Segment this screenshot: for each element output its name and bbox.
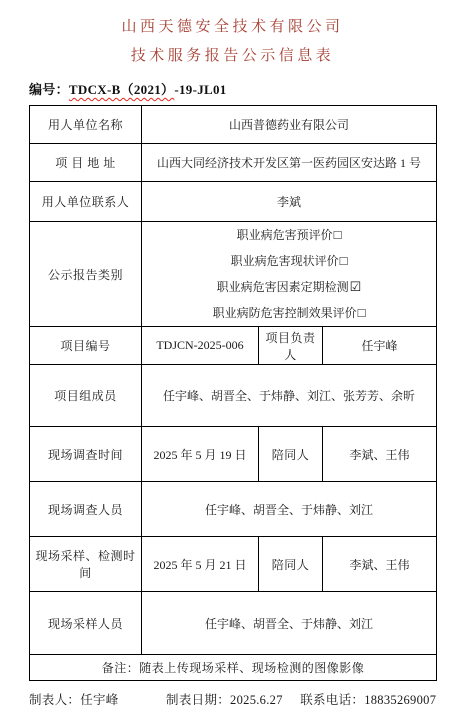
table-row-report-type: 公示报告类别 职业病危害预评价□ 职业病危害现状评价□ 职业病危害因素定期检测☑… bbox=[30, 222, 437, 327]
survey-staff-label: 现场调查人员 bbox=[30, 482, 142, 537]
report-type-option: 职业病防危害控制效果评价□ bbox=[144, 300, 434, 326]
contact-value: 李斌 bbox=[142, 182, 437, 222]
table-row-project: 项目编号 TDJCN-2025-006 项目负责人 任宇峰 bbox=[30, 327, 437, 365]
table-row-survey-time: 现场调查时间 2025 年 5 月 19 日 陪同人 李斌、王伟 bbox=[30, 427, 437, 482]
footer-line: 制表人：任宇峰 制表日期：2025.6.27 联系电话：18835269007 bbox=[29, 690, 465, 708]
report-type-options: 职业病危害预评价□ 职业病危害现状评价□ 职业病危害因素定期检测☑ 职业病防危害… bbox=[142, 222, 437, 327]
report-type-option: 职业病危害因素定期检测☑ bbox=[144, 274, 434, 300]
document-page: 山西天德安全技术有限公司 技术服务报告公示信息表 编号：TDCX-B（2021）… bbox=[0, 0, 465, 712]
doc-number-rest: -19-JL01 bbox=[174, 82, 226, 97]
survey-time-value: 2025 年 5 月 19 日 bbox=[142, 427, 259, 482]
sampling-time-value: 2025 年 5 月 21 日 bbox=[142, 537, 259, 592]
option-label: 职业病危害因素定期检测 bbox=[217, 280, 349, 294]
team-label: 项目组成员 bbox=[30, 365, 142, 427]
preparer-text: 制表人：任宇峰 bbox=[29, 693, 119, 707]
report-type-option: 职业病危害现状评价□ bbox=[144, 248, 434, 274]
survey-escort-value: 李斌、王伟 bbox=[323, 427, 437, 482]
doc-number-marked: TDCX-B（2021） bbox=[69, 82, 174, 97]
team-value: 任宇峰、胡晋全、于炜静、刘江、张芳芳、余昕 bbox=[142, 365, 437, 427]
company-title: 山西天德安全技术有限公司 bbox=[0, 0, 465, 35]
table-row-address: 项 目 地 址 山西大同经济技术开发区第一医药园区安达路 1 号 bbox=[30, 144, 437, 182]
form-title: 技术服务报告公示信息表 bbox=[0, 35, 465, 64]
sampling-time-label: 现场采样、检测时间 bbox=[30, 537, 142, 592]
sampling-escort-label: 陪同人 bbox=[259, 537, 323, 592]
project-number-value: TDJCN-2025-006 bbox=[142, 327, 259, 365]
survey-escort-label: 陪同人 bbox=[259, 427, 323, 482]
project-number-label: 项目编号 bbox=[30, 327, 142, 365]
sampling-staff-label: 现场采样人员 bbox=[30, 592, 142, 655]
info-table: 用人单位名称 山西普德药业有限公司 项 目 地 址 山西大同经济技术开发区第一医… bbox=[29, 105, 437, 681]
contact-label: 用人单位联系人 bbox=[30, 182, 142, 222]
address-label: 项 目 地 址 bbox=[30, 144, 142, 182]
table-row-sampling-time: 现场采样、检测时间 2025 年 5 月 21 日 陪同人 李斌、王伟 bbox=[30, 537, 437, 592]
report-type-option: 职业病危害预评价□ bbox=[144, 222, 434, 248]
sampling-staff-value: 任宇峰、胡晋全、于炜静、刘江 bbox=[142, 592, 437, 655]
doc-number-line: 编号：TDCX-B（2021）-19-JL01 bbox=[29, 79, 465, 98]
employer-value: 山西普德药业有限公司 bbox=[142, 106, 437, 144]
table-row-team: 项目组成员 任宇峰、胡晋全、于炜静、刘江、张芳芳、余昕 bbox=[30, 365, 437, 427]
survey-time-label: 现场调查时间 bbox=[30, 427, 142, 482]
checkbox-checked-icon[interactable]: ☑ bbox=[350, 279, 362, 294]
contact-phone-text: 联系电话：18835269007 bbox=[300, 693, 436, 707]
remark-text: 备注：随表上传现场采样、现场检测的图像影像 bbox=[30, 655, 437, 681]
employer-label: 用人单位名称 bbox=[30, 106, 142, 144]
prepare-date-text: 制表日期：2025.6.27 bbox=[166, 693, 283, 707]
checkbox-unchecked-icon[interactable]: □ bbox=[340, 253, 348, 268]
project-leader-value: 任宇峰 bbox=[323, 327, 437, 365]
survey-staff-value: 任宇峰、胡晋全、于炜静、刘江 bbox=[142, 482, 437, 537]
sampling-escort-value: 李斌、王伟 bbox=[323, 537, 437, 592]
table-row-employer: 用人单位名称 山西普德药业有限公司 bbox=[30, 106, 437, 144]
checkbox-unchecked-icon[interactable]: □ bbox=[358, 305, 366, 320]
table-row-remark: 备注：随表上传现场采样、现场检测的图像影像 bbox=[30, 655, 437, 681]
option-label: 职业病危害预评价 bbox=[237, 228, 333, 242]
option-label: 职业病危害现状评价 bbox=[231, 254, 339, 268]
table-row-contact: 用人单位联系人 李斌 bbox=[30, 182, 437, 222]
table-row-survey-staff: 现场调查人员 任宇峰、胡晋全、于炜静、刘江 bbox=[30, 482, 437, 537]
address-value: 山西大同经济技术开发区第一医药园区安达路 1 号 bbox=[142, 144, 437, 182]
table-row-sampling-staff: 现场采样人员 任宇峰、胡晋全、于炜静、刘江 bbox=[30, 592, 437, 655]
checkbox-unchecked-icon[interactable]: □ bbox=[334, 227, 342, 242]
doc-number-label: 编号： bbox=[29, 82, 69, 97]
report-type-label: 公示报告类别 bbox=[30, 222, 142, 327]
project-leader-label: 项目负责人 bbox=[259, 327, 323, 365]
option-label: 职业病防危害控制效果评价 bbox=[213, 306, 357, 320]
